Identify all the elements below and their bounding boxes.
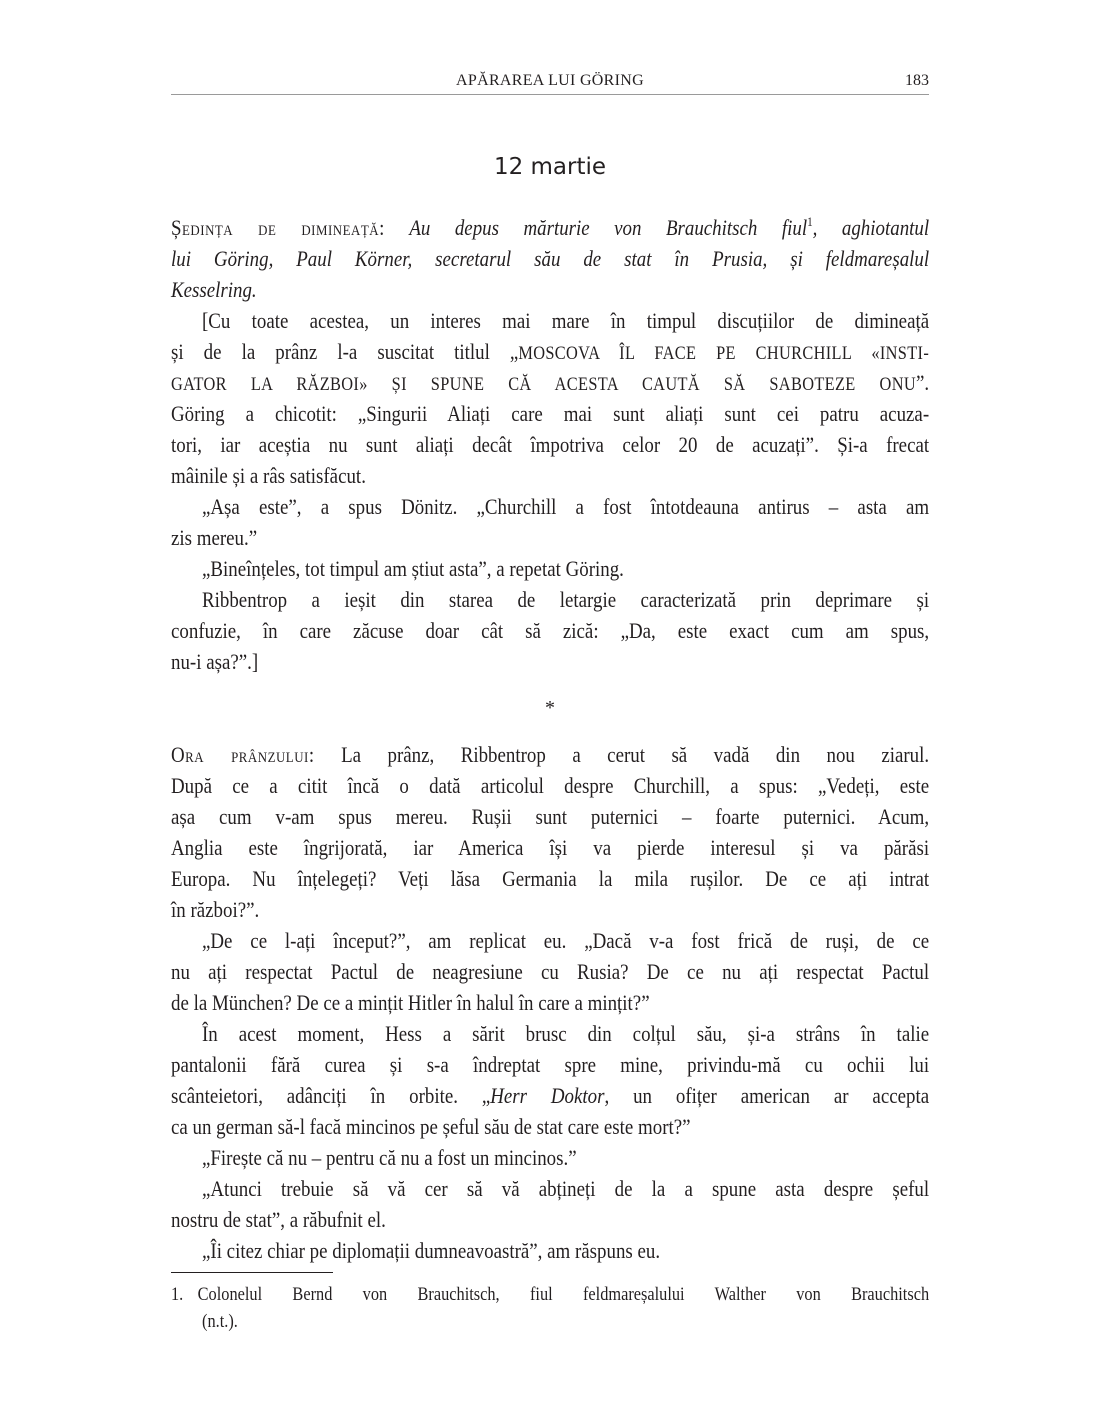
text-line: nu-i așa?”.]	[171, 646, 929, 677]
section-label: Ora prânzului:	[171, 742, 315, 767]
paragraph: „Firește că nu – pentru că nu a fost un …	[171, 1142, 929, 1173]
paragraph: „Așa este”, a spus Dönitz. „Churchill a …	[171, 491, 929, 553]
paragraph: Ribbentrop a ieșit din starea de letargi…	[171, 584, 929, 677]
date-heading: 12 martie	[171, 154, 929, 180]
text-line: tori, iar aceștia nu sunt aliați decât î…	[171, 429, 929, 460]
text-line: Ribbentrop a ieșit din starea de letargi…	[171, 584, 929, 615]
text-line: După ce a citit încă o dată articolul de…	[171, 770, 929, 801]
page-number: 183	[905, 72, 929, 90]
newspaper-headline: GATOR LA RĂZBOI» ȘI SPUNE CĂ ACESTA CAUT…	[171, 374, 916, 395]
footnote-line: 1.Colonelul Bernd von Brauchitsch, fiul …	[171, 1281, 929, 1308]
text-line: „Îi citez chiar pe diplomații dumneavoas…	[171, 1235, 929, 1266]
paragraph: „De ce l-ați început?”, am replicat eu. …	[171, 925, 929, 1018]
text-line: așa cum v-am spus mereu. Rușii sunt pute…	[171, 801, 929, 832]
text-line: mâinile și a râs satisfăcut.	[171, 460, 929, 491]
section-label: Ședința de dimineață:	[171, 215, 385, 240]
text-line: lui Göring, Paul Körner, secretarul său …	[171, 243, 929, 274]
text-line: „Bineînțeles, tot timpul am știut asta”,…	[171, 553, 929, 584]
text-line: Anglia este îngrijorată, iar America își…	[171, 832, 929, 863]
footnotes: 1.Colonelul Bernd von Brauchitsch, fiul …	[171, 1281, 929, 1335]
text-line: nu ați respectat Pactul de neagresiune c…	[171, 956, 929, 987]
text-line: GATOR LA RĂZBOI» ȘI SPUNE CĂ ACESTA CAUT…	[171, 367, 929, 398]
text-line: ca un german să-l facă mincinos pe șeful…	[171, 1111, 929, 1142]
text-line: Ședința de dimineață: Au depus mărturie …	[171, 212, 929, 243]
text-line: Kesselring.	[171, 274, 929, 305]
newspaper-headline: MOSCOVA ÎL FACE PE CHURCHILL «INSTI-	[518, 343, 929, 364]
text-line: de la München? De ce a mințit Hitler în …	[171, 987, 929, 1018]
text-line: Europa. Nu înțelegeți? Veți lăsa Germani…	[171, 863, 929, 894]
paragraph: [Cu toate acestea, un interes mai mare î…	[171, 305, 929, 491]
text-line: confuzie, în care zăcuse doar cât să zic…	[171, 615, 929, 646]
text-line: Ora prânzului: La prânz, Ribbentrop a ce…	[171, 739, 929, 770]
text-line: pantalonii fără curea și s-a îndreptat s…	[171, 1049, 929, 1080]
section-morning-session: Ședința de dimineață: Au depus mărturie …	[171, 212, 929, 305]
paragraph: „Îi citez chiar pe diplomații dumneavoas…	[171, 1235, 929, 1266]
text-line: [Cu toate acestea, un interes mai mare î…	[171, 305, 929, 336]
text-line: în război?”.	[171, 894, 929, 925]
text-line: Göring a chicotit: „Singurii Aliați care…	[171, 398, 929, 429]
text-line: „De ce l-ați început?”, am replicat eu. …	[171, 925, 929, 956]
text-line: „Așa este”, a spus Dönitz. „Churchill a …	[171, 491, 929, 522]
text-line: „Firește că nu – pentru că nu a fost un …	[171, 1142, 929, 1173]
section-lunch: Ora prânzului: La prânz, Ribbentrop a ce…	[171, 739, 929, 925]
paragraph: În acest moment, Hess a sărit brusc din …	[171, 1018, 929, 1142]
running-header: APĂRAREA LUI GÖRING 183	[171, 70, 929, 95]
paragraph: „Bineînțeles, tot timpul am știut asta”,…	[171, 553, 929, 584]
running-title: APĂRAREA LUI GÖRING	[171, 72, 929, 90]
text-line: zis mereu.”	[171, 522, 929, 553]
paragraph: „Atunci trebuie să vă cer să vă abțineți…	[171, 1173, 929, 1235]
text-line: și de la prânz l-a suscitat titlul „MOSC…	[171, 336, 929, 367]
body-text: Ședința de dimineață: Au depus mărturie …	[171, 212, 929, 1266]
text-line: nostru de stat”, a răbufnit el.	[171, 1204, 929, 1235]
footnote-divider	[171, 1272, 333, 1273]
text-line: „Atunci trebuie să vă cer să vă abțineți…	[171, 1173, 929, 1204]
section-separator-asterisk: *	[171, 677, 929, 739]
text-line: În acest moment, Hess a sărit brusc din …	[171, 1018, 929, 1049]
text-line: scânteietori, adânciți în orbite. „Herr …	[171, 1080, 929, 1111]
footnote-line: (n.t.).	[171, 1308, 929, 1335]
footnote-number: 1.	[171, 1281, 198, 1308]
